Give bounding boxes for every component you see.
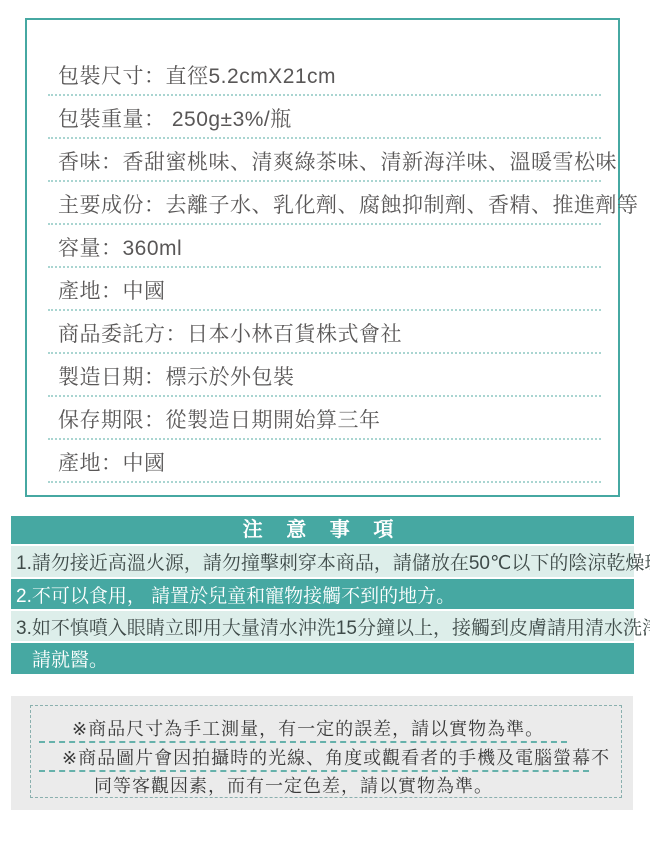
notice-item-1: 1.請勿接近高溫火源，請勿撞擊刺穿本商品，請儲放在50℃以下的陰涼乾燥環境中。 (11, 546, 634, 577)
spec-row-origin: 產地：中國 (27, 268, 618, 311)
notice-title: 注 意 事 項 (11, 516, 634, 544)
spec-row-ingredients: 主要成份：去離子水、乳化劑、腐蝕抑制劑、香精、推進劑等 (27, 182, 618, 225)
product-info-page: 包裝尺寸：直徑5.2cmX21cm 包裝重量： 250g±3%/瓶 香味：香甜蜜… (0, 0, 650, 841)
spec-row-commissioner: 商品委託方：日本小林百貨株式會社 (27, 311, 618, 354)
notice-item-2: 2.不可以食用， 請置於兒童和寵物接觸不到的地方。 (11, 579, 634, 609)
spec-row-package-size: 包裝尺寸：直徑5.2cmX21cm (27, 53, 618, 96)
spec-row-origin-2: 產地：中國 (27, 440, 618, 483)
disclaimer-panel: ※商品尺寸為手工測量，有一定的誤差，請以實物為準。 ※商品圖片會因拍攝時的光線、… (11, 696, 633, 810)
disclaimer-line-3: 同等客觀因素，而有一定色差，請以實物為準。 (31, 772, 621, 798)
notice-item-3-continued: 請就醫。 (11, 643, 634, 674)
disclaimer-box: ※商品尺寸為手工測量，有一定的誤差，請以實物為準。 ※商品圖片會因拍攝時的光線、… (30, 705, 622, 798)
notice-item-3: 3.如不慎噴入眼睛立即用大量清水沖洗15分鐘以上，接觸到皮膚請用清水洗淨，嚴重 (11, 611, 634, 641)
spec-row-package-weight: 包裝重量： 250g±3%/瓶 (27, 96, 618, 139)
disclaimer-line-1: ※商品尺寸為手工測量，有一定的誤差，請以實物為準。 (31, 714, 621, 741)
product-spec-box: 包裝尺寸：直徑5.2cmX21cm 包裝重量： 250g±3%/瓶 香味：香甜蜜… (25, 18, 620, 497)
spec-row-mfg-date: 製造日期：標示於外包裝 (27, 354, 618, 397)
spec-row-capacity: 容量：360ml (27, 225, 618, 268)
notice-section: 注 意 事 項 1.請勿接近高溫火源，請勿撞擊刺穿本商品，請儲放在50℃以下的陰… (11, 516, 634, 674)
spec-row-scent: 香味：香甜蜜桃味、清爽綠茶味、清新海洋味、溫暖雪松味 (27, 139, 618, 182)
disclaimer-line-2: ※商品圖片會因拍攝時的光線、角度或觀看者的手機及電腦螢幕不 (31, 743, 621, 770)
spec-row-shelf-life: 保存期限：從製造日期開始算三年 (27, 397, 618, 440)
